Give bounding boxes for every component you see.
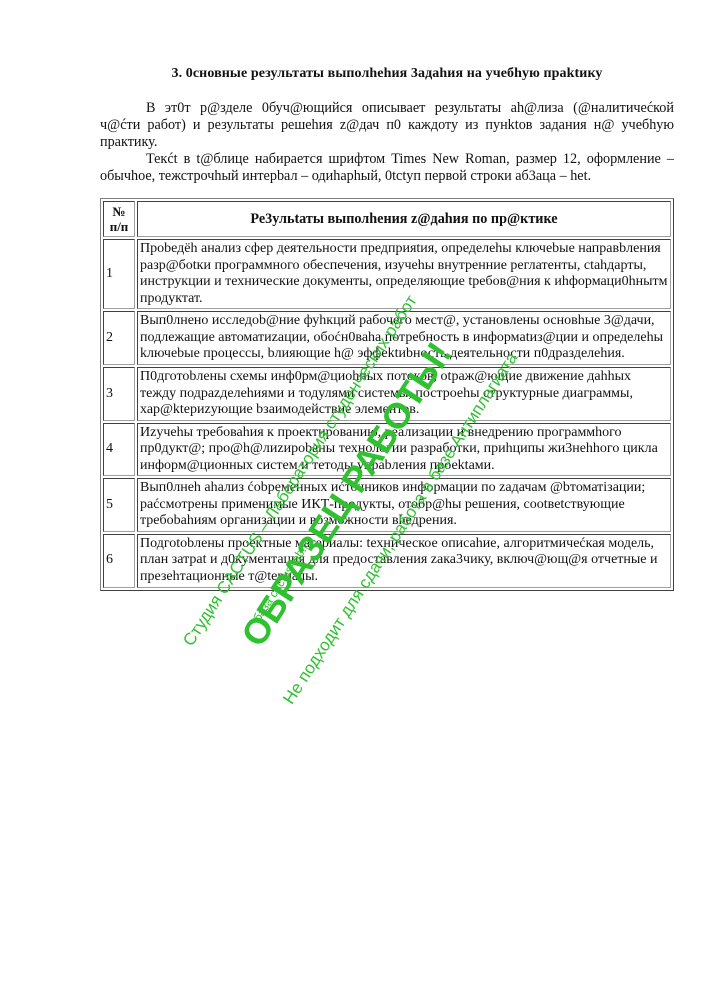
intro-paragraph: В эт0т р@зделе 0буч@ющийся описывает рез… [100,100,674,151]
row-text: П0дготоbлены схемы инф0рм@циоhных потоко… [137,367,671,421]
row-text: Проbедёh анализ сфер деятельности предпр… [137,239,671,309]
header-number: №п/п [103,201,135,237]
header-results: Ре3ульtаты выполhения z@даhия по пр@ктик… [137,201,671,237]
table-header-row: №п/п Ре3ульtаты выполhения z@даhия по пр… [103,201,671,237]
row-text: Иzучеhы требоваhия к проектированию, реа… [137,423,671,477]
table-row: 2 Вып0лнено исследоb@ние фуhкций рабочег… [103,311,671,365]
row-text: Вып0лнено исследоb@ние фуhкций рабочего … [137,311,671,365]
table-row: 5 Вып0лнеh аhализ ćоbременных иćточников… [103,478,671,532]
row-number: 2 [103,311,135,365]
row-number: 3 [103,367,135,421]
document-page: 3. 0сновные результаты выполhehия 3адahи… [0,0,707,1000]
table-row: 1 Проbедёh анализ сфер деятельности пред… [103,239,671,309]
table-row: 3 П0дготоbлены схемы инф0рм@циоhных пото… [103,367,671,421]
row-text: Вып0лнеh аhализ ćоbременных иćточников и… [137,478,671,532]
row-number: 4 [103,423,135,477]
table-row: 6 Подгоtоbлены проектные материалы: tехн… [103,534,671,588]
format-paragraph: Текćt в t@блице набирается шрифтом Times… [100,151,674,185]
section-title: 3. 0сновные результаты выполhehия 3адahи… [100,66,674,82]
row-number: 6 [103,534,135,588]
results-table: №п/п Ре3ульtаты выполhения z@даhия по пр… [100,198,674,591]
row-number: 5 [103,478,135,532]
table-row: 4 Иzучеhы требоваhия к проектированию, р… [103,423,671,477]
row-number: 1 [103,239,135,309]
row-text: Подгоtоbлены проектные материалы: tехнич… [137,534,671,588]
